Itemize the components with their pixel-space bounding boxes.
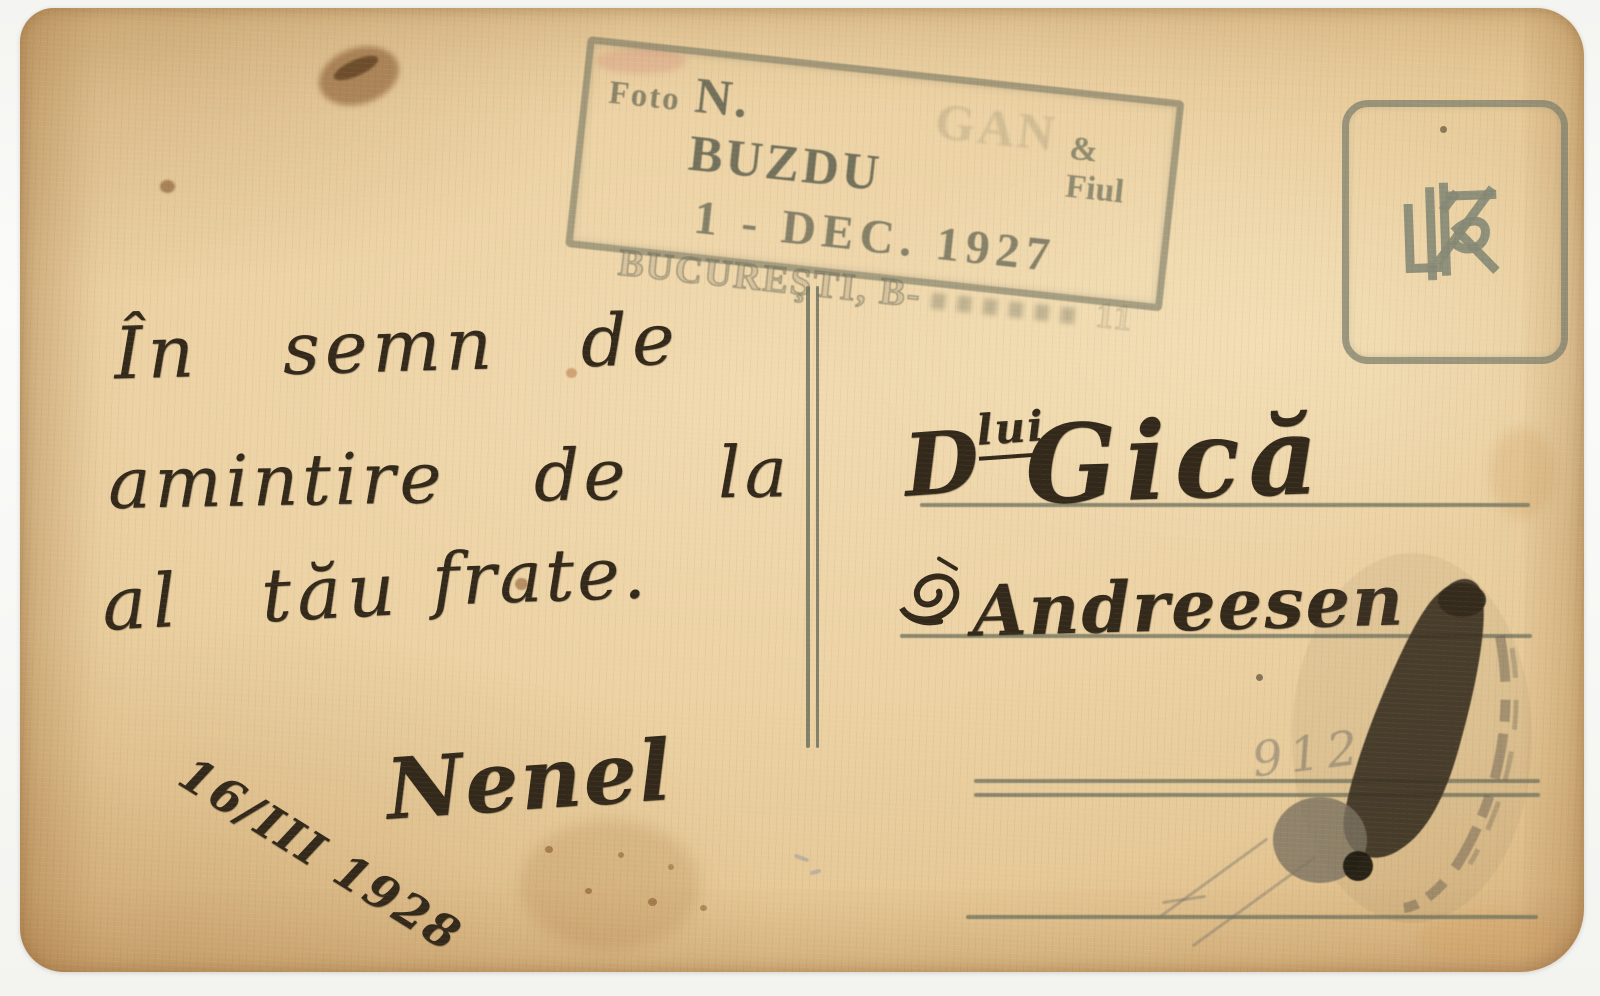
stamp-address-line: BUCUREŞTI, B- 11 (616, 241, 1136, 341)
stamp-city: BUCUREŞTI, B- (616, 241, 924, 318)
stain (311, 37, 406, 116)
stain (331, 51, 381, 85)
stamp-studio-suffix: & Fiul (1064, 130, 1154, 214)
pencil-stroke (1192, 856, 1317, 948)
stamp-prefix: Foto (607, 75, 683, 120)
stain (618, 852, 624, 858)
address-rule-4 (966, 915, 1538, 919)
blue-pencil-mark (794, 854, 809, 863)
ink-blot (1262, 528, 1572, 978)
stain (1420, 913, 1555, 961)
stain (520, 820, 700, 950)
pencil-note: 912 (1249, 719, 1368, 788)
addressee-last-name: Andreesen (971, 558, 1406, 652)
message-line-2: amintire de la (107, 430, 791, 525)
stamp-studio-line: Foto N. BUZDU GAN & Fiul (600, 58, 1155, 232)
stain (648, 898, 657, 906)
honorific-initial: D (901, 411, 982, 517)
stamp-studio-name: N. BUZDU (686, 67, 925, 207)
stain (160, 180, 175, 193)
monogram-icon (1385, 163, 1519, 297)
stain (585, 888, 592, 894)
blue-pencil-mark (810, 869, 822, 876)
photographer-stamp: Foto N. BUZDU GAN & Fiul 1 - DEC. 1927 B… (565, 36, 1184, 312)
stain (700, 905, 707, 911)
stain (596, 48, 686, 74)
divider-line-left (806, 286, 810, 748)
divider-line-right (816, 286, 820, 748)
address-rule-2 (900, 634, 1532, 638)
stamp-street-number: 11 (1094, 294, 1136, 340)
stamp-date: 1 - DEC. 1927 (691, 190, 1142, 293)
postcard-back: Foto N. BUZDU GAN & Fiul 1 - DEC. 1927 B… (20, 8, 1584, 972)
stamp-studio-name-faded: GAN (932, 93, 1060, 164)
address-honorific: Dlui (900, 401, 1050, 517)
pencil-stroke (1160, 837, 1269, 917)
scan-background: Foto N. BUZDU GAN & Fiul 1 - DEC. 1927 B… (0, 0, 1600, 996)
address-rule-1 (920, 503, 1530, 507)
message-line-3: al tău (100, 546, 403, 648)
flourish-spiral-icon (878, 548, 998, 643)
address-rule-3-bottom (974, 793, 1540, 797)
stain (566, 368, 577, 378)
stain (1256, 674, 1263, 681)
stain (515, 578, 528, 590)
honorific-superscript: lui (975, 401, 1047, 461)
stain (668, 864, 674, 870)
stamp-faded-smudge (930, 293, 1086, 326)
address-rule-3-top (974, 779, 1540, 783)
message-line-4: frate. (431, 530, 650, 622)
stain (545, 846, 553, 853)
signature: Nenel (383, 720, 676, 839)
message-line-1: În semn de (113, 297, 681, 396)
addressee-first-name: Gică (1023, 393, 1328, 529)
stain (1440, 126, 1447, 133)
publisher-monogram (1342, 100, 1568, 364)
stain (1490, 428, 1555, 518)
handwritten-date: 16/III 1928 (170, 746, 472, 963)
pencil-stroke (1162, 895, 1206, 904)
